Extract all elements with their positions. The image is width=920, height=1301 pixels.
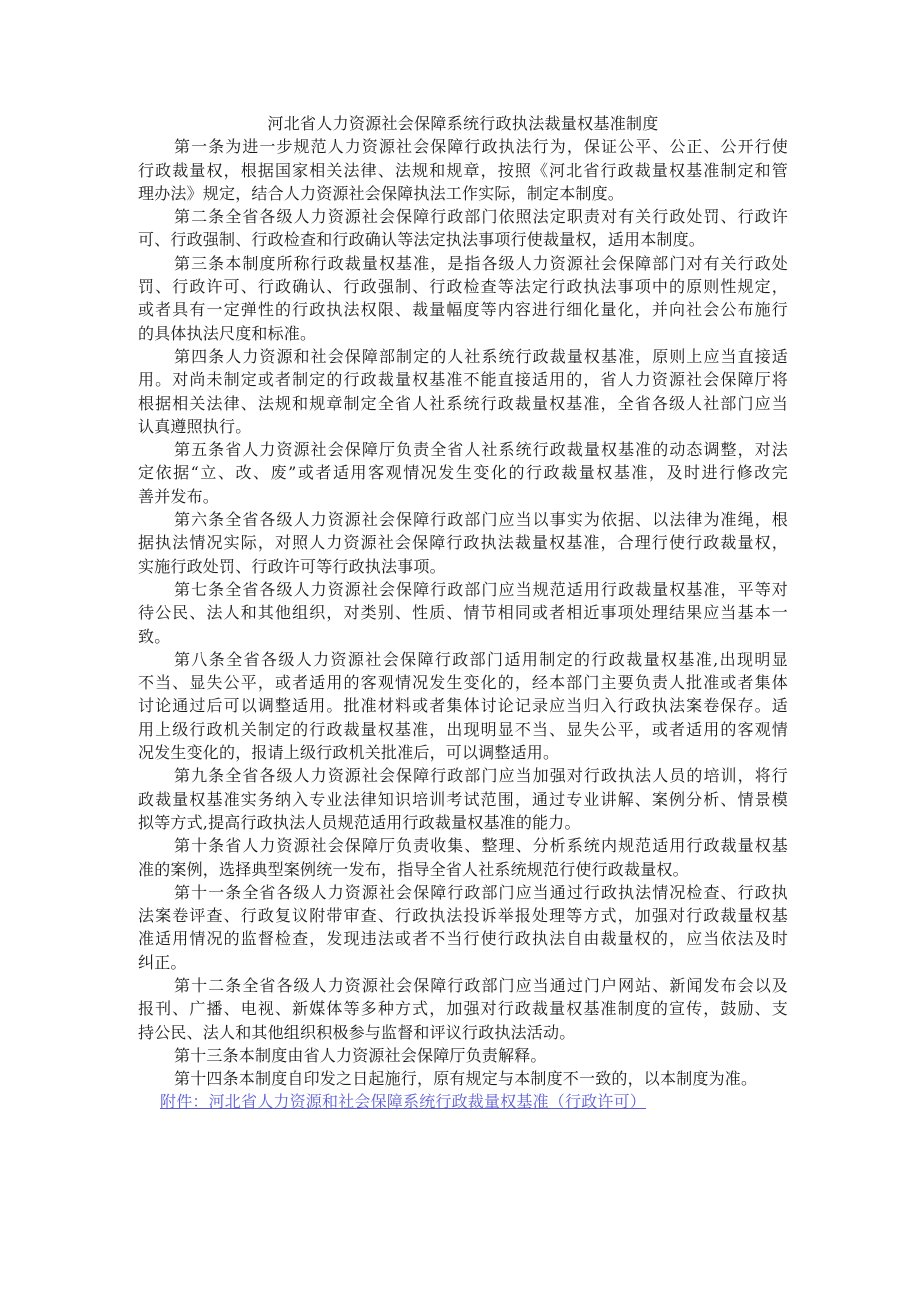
paragraph-line: 第十三条本制度由省人力资源社会保障厅负责解释。: [138, 1044, 788, 1067]
article-paragraph: 第四条人力资源和社会保障部制定的人社系统行政裁量权基准，原则上应当直接适用。对尚…: [138, 345, 788, 438]
paragraph-line: 认真遵照执行。: [138, 415, 788, 438]
paragraph-line: 第十一条全省各级人力资源社会保障行政部门应当通过行政执法情况检查、行政执: [138, 881, 788, 904]
document-page: 河北省人力资源社会保障系统行政执法裁量权基准制度 第一条为进一步规范人力资源社会…: [138, 112, 788, 1114]
article-paragraph: 第十一条全省各级人力资源社会保障行政部门应当通过行政执法情况检查、行政执法案卷评…: [138, 881, 788, 974]
paragraph-line: 第十四条本制度自印发之日起施行，原有规定与本制度不一致的，以本制度为准。: [138, 1067, 788, 1090]
paragraph-line: 持公民、法人和其他组织积极参与监督和评议行政执法活动。: [138, 1021, 788, 1044]
article-paragraph: 第八条全省各级人力资源社会保障行政部门适用制定的行政裁量权基准,出现明显不当、显…: [138, 648, 788, 764]
paragraph-line: 第十二条全省各级人力资源社会保障行政部门应当通过门户网站、新闻发布会以及: [138, 974, 788, 997]
paragraph-line: 第九条全省各级人力资源社会保障行政部门应当加强对行政执法人员的培训，将行: [138, 764, 788, 787]
paragraph-line: 实施行政处罚、行政许可等行政执法事项。: [138, 555, 788, 578]
paragraph-line: 用上级行政机关制定的行政裁量权基准，出现明显不当、显失公平，或者适用的客观情: [138, 718, 788, 741]
article-paragraph: 第三条本制度所称行政裁量权基准，是指各级人力资源社会保障部门对有关行政处罚、行政…: [138, 252, 788, 345]
paragraph-line: 或者具有一定弹性的行政执法权限、裁量幅度等内容进行细化量化，并向社会公布施行: [138, 298, 788, 321]
paragraph-line: 况发生变化的，报请上级行政机关批准后，可以调整适用。: [138, 741, 788, 764]
paragraph-line: 第二条全省各级人力资源社会保障行政部门依照法定职责对有关行政处罚、行政许: [138, 205, 788, 228]
paragraph-line: 准的案例，选择典型案例统一发布，指导全省人社系统规范行使行政裁量权。: [138, 858, 788, 881]
paragraph-line: 待公民、法人和其他组织，对类别、性质、情节相同或者相近事项处理结果应当基本一: [138, 601, 788, 624]
article-paragraph: 第九条全省各级人力资源社会保障行政部门应当加强对行政执法人员的培训，将行政裁量权…: [138, 764, 788, 834]
paragraph-line: 第一条为进一步规范人力资源社会保障行政执法行为，保证公平、公正、公开行使: [138, 135, 788, 158]
paragraph-line: 纠正。: [138, 951, 788, 974]
paragraph-line: 可、行政强制、行政检查和行政确认等法定执法事项行使裁量权，适用本制度。: [138, 228, 788, 251]
paragraph-line: 根据相关法律、法规和规章制定全省人社系统行政裁量权基准，全省各级人社部门应当: [138, 392, 788, 415]
paragraph-line: 善并发布。: [138, 485, 788, 508]
paragraph-line: 报刊、广播、电视、新媒体等多种方式，加强对行政裁量权基准制度的宣传，鼓励、支: [138, 997, 788, 1020]
paragraph-line: 用。对尚未制定或者制定的行政裁量权基准不能直接适用的，省人力资源社会保障厅将: [138, 368, 788, 391]
paragraph-line: 理办法》规定，结合人力资源社会保障执法工作实际，制定本制度。: [138, 182, 788, 205]
paragraph-line: 第五条省人力资源社会保障厅负责全省人社系统行政裁量权基准的动态调整，对法: [138, 438, 788, 461]
paragraph-line: 不当、显失公平，或者适用的客观情况发生变化的，经本部门主要负责人批准或者集体: [138, 671, 788, 694]
document-title: 河北省人力资源社会保障系统行政执法裁量权基准制度: [138, 112, 788, 135]
article-paragraph: 第六条全省各级人力资源社会保障行政部门应当以事实为依据、以法律为准绳，根据执法情…: [138, 508, 788, 578]
paragraph-line: 第八条全省各级人力资源社会保障行政部门适用制定的行政裁量权基准,出现明显: [138, 648, 788, 671]
paragraph-line: 政裁量权基准实务纳入专业法律知识培训考试范围，通过专业讲解、案例分析、情景模: [138, 788, 788, 811]
article-paragraph: 第五条省人力资源社会保障厅负责全省人社系统行政裁量权基准的动态调整，对法定依据“…: [138, 438, 788, 508]
paragraph-line: 第三条本制度所称行政裁量权基准，是指各级人力资源社会保障部门对有关行政处: [138, 252, 788, 275]
paragraph-line: 拟等方式,提高行政执法人员规范适用行政裁量权基准的能力。: [138, 811, 788, 834]
paragraph-line: 法案卷评查、行政复议附带审查、行政执法投诉举报处理等方式，加强对行政裁量权基: [138, 904, 788, 927]
paragraph-line: 据执法情况实际，对照人力资源社会保障行政执法裁量权基准，合理行使行政裁量权，: [138, 531, 788, 554]
paragraph-line: 准适用情况的监督检查，发现违法或者不当行使行政执法自由裁量权的，应当依法及时: [138, 927, 788, 950]
paragraph-line: 第六条全省各级人力资源社会保障行政部门应当以事实为依据、以法律为准绳，根: [138, 508, 788, 531]
attachment-link[interactable]: 附件：河北省人力资源和社会保障系统行政裁量权基准（行政许可）: [160, 1090, 788, 1113]
paragraph-line: 第十条省人力资源社会保障厅负责收集、整理、分析系统内规范适用行政裁量权基: [138, 834, 788, 857]
article-paragraph: 第一条为进一步规范人力资源社会保障行政执法行为，保证公平、公正、公开行使行政裁量…: [138, 135, 788, 205]
article-paragraph: 第二条全省各级人力资源社会保障行政部门依照法定职责对有关行政处罚、行政许可、行政…: [138, 205, 788, 252]
paragraph-line: 讨论通过后可以调整适用。批准材料或者集体讨论记录应当归入行政执法案卷保存。适: [138, 694, 788, 717]
document-body: 第一条为进一步规范人力资源社会保障行政执法行为，保证公平、公正、公开行使行政裁量…: [138, 135, 788, 1090]
paragraph-line: 第四条人力资源和社会保障部制定的人社系统行政裁量权基准，原则上应当直接适: [138, 345, 788, 368]
article-paragraph: 第七条全省各级人力资源社会保障行政部门应当规范适用行政裁量权基准，平等对待公民、…: [138, 578, 788, 648]
paragraph-line: 罚、行政许可、行政确认、行政强制、行政检查等法定行政执法事项中的原则性规定，: [138, 275, 788, 298]
article-paragraph: 第十条省人力资源社会保障厅负责收集、整理、分析系统内规范适用行政裁量权基准的案例…: [138, 834, 788, 881]
paragraph-line: 致。: [138, 625, 788, 648]
paragraph-line: 的具体执法尺度和标准。: [138, 322, 788, 345]
paragraph-line: 行政裁量权，根据国家相关法律、法规和规章，按照《河北省行政裁量权基准制定和管: [138, 159, 788, 182]
paragraph-line: 定依据“立、改、废”或者适用客观情况发生变化的行政裁量权基准，及时进行修改完: [138, 461, 788, 484]
article-paragraph: 第十二条全省各级人力资源社会保障行政部门应当通过门户网站、新闻发布会以及报刊、广…: [138, 974, 788, 1044]
paragraph-line: 第七条全省各级人力资源社会保障行政部门应当规范适用行政裁量权基准，平等对: [138, 578, 788, 601]
article-paragraph: 第十四条本制度自印发之日起施行，原有规定与本制度不一致的，以本制度为准。: [138, 1067, 788, 1090]
article-paragraph: 第十三条本制度由省人力资源社会保障厅负责解释。: [138, 1044, 788, 1067]
